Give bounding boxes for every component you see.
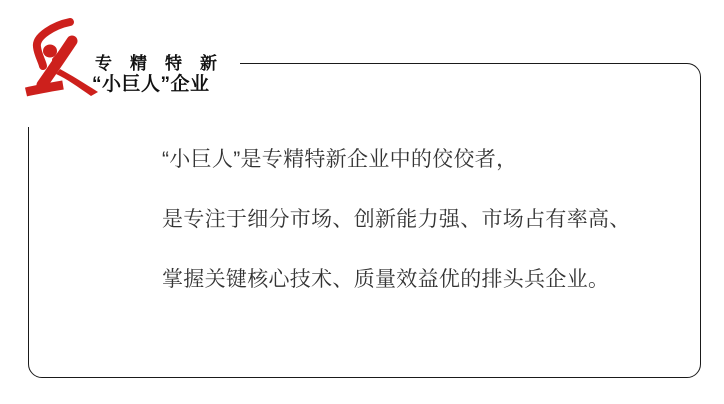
panel-text-block: “小巨人”是专精特新企业中的佼佼者， 是专注于细分市场、创新能力强、市场占有率高… — [162, 149, 690, 329]
panel-line-2: 是专注于细分市场、创新能力强、市场占有率高、 — [162, 209, 690, 231]
brush-figure-icon — [21, 17, 103, 101]
panel-line-3: 掌握关键核心技术、质量效益优的排头兵企业。 — [162, 269, 690, 291]
panel-line-1: “小巨人”是专精特新企业中的佼佼者， — [162, 149, 690, 171]
poster-canvas: “小巨人”是专精特新企业中的佼佼者， 是专注于细分市场、创新能力强、市场占有率高… — [0, 0, 724, 404]
logo: 专精特新 “小巨人”企业 — [0, 0, 240, 127]
logo-subtitle: “小巨人”企业 — [92, 69, 210, 96]
